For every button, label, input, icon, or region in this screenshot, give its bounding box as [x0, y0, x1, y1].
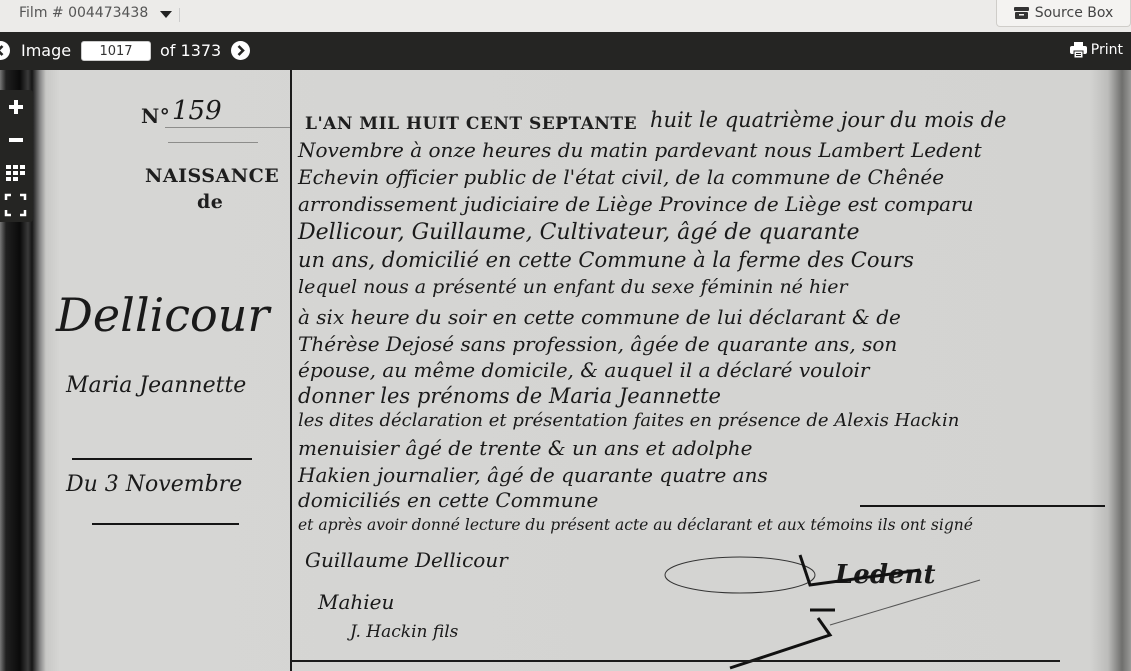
film-bar: Film # 004473438 Source Box	[0, 0, 1131, 32]
margin-surname: Dellicour	[56, 288, 269, 342]
print-label: Print	[1091, 42, 1123, 58]
record-type-sub: de	[197, 191, 223, 213]
record-line: épouse, au même domicile, & auquel il a …	[298, 358, 869, 382]
record-line: à six heure du soir en cette commune de …	[298, 305, 901, 329]
source-box-button[interactable]: Source Box	[996, 0, 1131, 27]
chevron-right-icon	[231, 41, 250, 60]
record-line: donner les prénoms de Maria Jeannette	[298, 384, 721, 408]
chevron-left-icon	[0, 41, 10, 60]
signature: Guillaume Dellicour	[305, 548, 508, 572]
margin-given-names: Maria Jeannette	[66, 373, 246, 398]
previous-image-button[interactable]	[0, 41, 10, 60]
zoom-in-button[interactable]	[0, 90, 33, 123]
rule	[168, 142, 258, 143]
record-number: 159	[172, 96, 222, 126]
margin-date: Du 3 Novembre	[66, 472, 242, 497]
rule	[72, 458, 252, 460]
signature-flourish	[660, 540, 1060, 670]
next-image-button[interactable]	[231, 41, 250, 60]
signature: J. Hackin fils	[350, 622, 458, 642]
caret-down-icon	[160, 11, 172, 18]
column-divider	[290, 70, 292, 671]
record-number-label: N°	[141, 104, 170, 128]
record-line: Hakien journalier, âgé de quarante quatr…	[298, 463, 768, 487]
record-line: et après avoir donné lecture du présent …	[298, 516, 973, 534]
rule	[165, 127, 290, 128]
record-line: Dellicour, Guillaume, Cultivateur, âgé d…	[298, 220, 860, 245]
image-nav-bar: Image of 1373 Print	[0, 32, 1131, 70]
record-line: un ans, domicilié en cette Commune à la …	[298, 248, 914, 272]
source-box-label: Source Box	[1035, 5, 1114, 21]
rule	[860, 505, 1105, 507]
rule	[290, 660, 1060, 662]
printer-icon	[1070, 42, 1087, 58]
record-line: Thérèse Dejosé sans profession, âgée de …	[298, 332, 897, 356]
record-type-heading: NAISSANCE	[145, 165, 279, 187]
film-number-label: Film # 004473438	[19, 5, 148, 21]
record-line: menuisier âgé de trente & un ans et adol…	[298, 436, 752, 460]
archive-box-icon	[1014, 7, 1029, 19]
record-image[interactable]: N° 159 NAISSANCE de Dellicour Maria Jean…	[0, 70, 1131, 671]
image-number-input[interactable]	[81, 41, 151, 61]
record-line: arrondissement judiciaire de Liège Provi…	[298, 192, 973, 216]
record-line: Echevin officier public de l'état civil,…	[298, 165, 944, 189]
zoom-out-button[interactable]	[0, 123, 33, 156]
record-line: les dites déclaration et présentation fa…	[298, 410, 959, 431]
printed-heading: L'AN MIL HUIT CENT SEPTANTE	[305, 114, 637, 134]
fullscreen-button[interactable]	[0, 189, 33, 222]
zoom-controls	[0, 90, 33, 222]
image-viewer[interactable]: N° 159 NAISSANCE de Dellicour Maria Jean…	[0, 70, 1131, 671]
signature: Mahieu	[318, 590, 394, 614]
divider	[179, 8, 180, 22]
fullscreen-icon	[0, 189, 33, 222]
record-line: domiciliés en cette Commune	[298, 488, 598, 512]
record-line: huit le quatrième jour du mois de	[650, 108, 1006, 132]
record-line: Novembre à onze heures du matin pardevan…	[298, 138, 982, 162]
grid-icon	[0, 156, 33, 189]
print-button[interactable]: Print	[1070, 42, 1123, 58]
record-line: lequel nous a présenté un enfant du sexe…	[298, 276, 848, 298]
rule	[92, 523, 239, 525]
grid-view-button[interactable]	[0, 156, 33, 189]
film-selector[interactable]: Film # 004473438	[19, 5, 172, 21]
image-label: Image	[21, 41, 71, 60]
image-total-label: of 1373	[160, 41, 221, 60]
